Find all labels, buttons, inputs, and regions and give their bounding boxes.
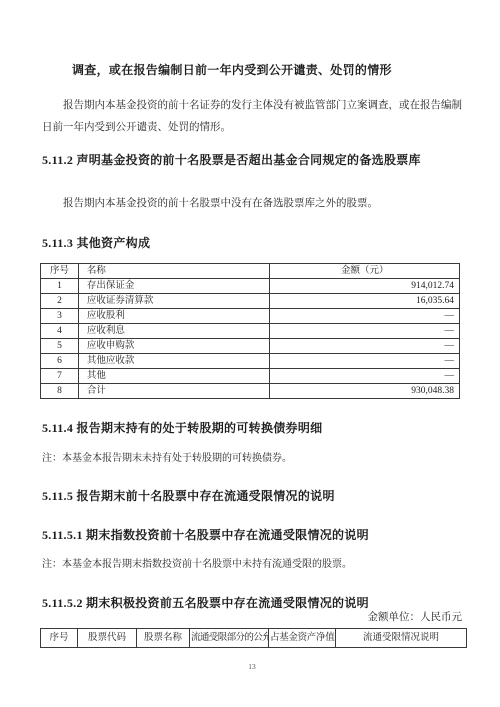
table-row-total: 8 合计 930,048.38 [41, 384, 460, 399]
cell-name: 其他 [78, 369, 270, 384]
cell-name: 存出保证金 [78, 279, 270, 294]
col-header-restricted-value: 流通受限部分的公允 [190, 629, 269, 648]
table-row: 2 应收证券清算款 16,035.64 [41, 294, 460, 309]
table-row: 6 其他应收款 — [41, 354, 460, 369]
note-convertible-bonds: 注：本基金本报告期末未持有处于转股期的可转换债券。 [42, 452, 462, 466]
cell-name: 应收申购款 [78, 339, 270, 354]
cell-serial: 8 [41, 384, 79, 399]
section-heading-5-11-5-1: 5.11.5.1 期末指数投资前十名股票中存在流通受限情况的说明 [42, 527, 462, 543]
col-header-amount: 金额（元） [270, 264, 460, 279]
section-heading-continued: 调查，或在报告编制日前一年内受到公开谴责、处罚的情形 [72, 62, 462, 78]
cell-amount: — [270, 354, 460, 369]
other-assets-table: 序号 名称 金额（元） 1 存出保证金 914,012.74 2 应收证券清算款… [40, 263, 460, 399]
paragraph-investigation-statement: 报告期内本基金投资的前十名证券的发行主体没有被监管部门立案调查，或在报告编制日前… [42, 95, 462, 139]
section-heading-5-11-3: 5.11.3 其他资产构成 [42, 235, 462, 251]
restricted-table-header-row: 序号 股票代码 股票名称 流通受限部分的公允 占基金资产净值 流通受限情况说明 [41, 629, 467, 648]
section-heading-5-11-5: 5.11.5 报告期末前十名股票中存在流通受限情况的说明 [42, 488, 462, 504]
note-index-restricted-stocks: 注：本基金本报告期末指数投资前十名股票中未持有流通受限的股票。 [42, 558, 462, 572]
section-heading-5-11-4: 5.11.4 报告期末持有的处于转股期的可转换债券明细 [42, 420, 462, 436]
cell-amount: 914,012.74 [270, 279, 460, 294]
page-number: 13 [42, 662, 462, 671]
cell-amount: — [270, 369, 460, 384]
table-row: 5 应收申购款 — [41, 339, 460, 354]
col-header-stock-code: 股票代码 [78, 629, 137, 648]
cell-serial: 6 [41, 354, 79, 369]
table-row: 4 应收利息 — [41, 324, 460, 339]
cell-name: 应收利息 [78, 324, 270, 339]
cell-serial: 4 [41, 324, 79, 339]
col-header-serial: 序号 [41, 629, 78, 648]
cell-name: 应收股利 [78, 309, 270, 324]
cell-amount: 930,048.38 [270, 384, 460, 399]
cell-name: 应收证券清算款 [78, 294, 270, 309]
currency-unit-note: 金额单位：人民币元 [42, 611, 462, 625]
section-heading-5-11-5-2: 5.11.5.2 期末积极投资前五名股票中存在流通受限情况的说明 [42, 595, 462, 611]
cell-name: 其他应收款 [78, 354, 270, 369]
document-page: 调查，或在报告编制日前一年内受到公开谴责、处罚的情形 报告期内本基金投资的前十名… [0, 0, 500, 707]
col-header-restriction-desc: 流通受限情况说明 [336, 629, 467, 648]
cell-serial: 5 [41, 339, 79, 354]
cell-amount: — [270, 339, 460, 354]
col-header-nav-ratio: 占基金资产净值 [269, 629, 336, 648]
other-assets-header-row: 序号 名称 金额（元） [41, 264, 460, 279]
cell-serial: 1 [41, 279, 79, 294]
section-heading-5-11-2: 5.11.2 声明基金投资的前十名股票是否超出基金合同规定的备选股票库 [42, 152, 462, 168]
cell-amount: 16,035.64 [270, 294, 460, 309]
cell-name: 合计 [78, 384, 270, 399]
col-header-stock-name: 股票名称 [137, 629, 190, 648]
cell-serial: 2 [41, 294, 79, 309]
cell-amount: — [270, 324, 460, 339]
table-row: 1 存出保证金 914,012.74 [41, 279, 460, 294]
cell-serial: 7 [41, 369, 79, 384]
table-row: 7 其他 — [41, 369, 460, 384]
cell-amount: — [270, 309, 460, 324]
restricted-stocks-table: 序号 股票代码 股票名称 流通受限部分的公允 占基金资产净值 流通受限情况说明 [40, 628, 467, 648]
table-row: 3 应收股利 — [41, 309, 460, 324]
paragraph-stock-pool-statement: 报告期内本基金投资的前十名股票中没有在备选股票库之外的股票。 [42, 193, 462, 215]
cell-serial: 3 [41, 309, 79, 324]
col-header-serial: 序号 [41, 264, 79, 279]
col-header-name: 名称 [78, 264, 270, 279]
